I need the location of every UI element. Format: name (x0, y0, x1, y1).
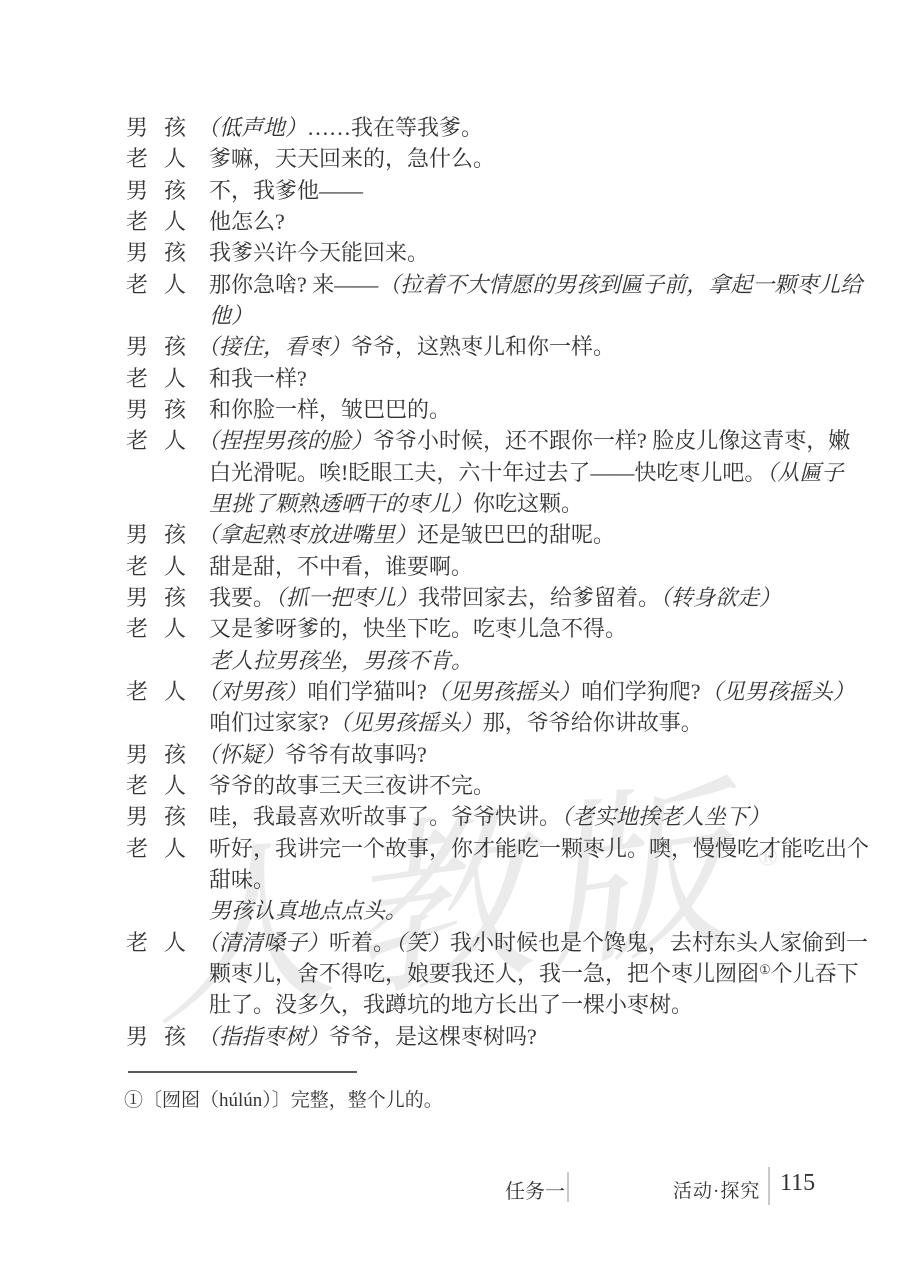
footnote-reference: ① (759, 962, 771, 977)
script-line: 老人（对男孩）咱们学猫叫?（见男孩摇头）咱们学狗爬?（见男孩摇头） (0, 676, 869, 707)
speaker-label: 老人 (126, 143, 186, 174)
dialogue-text: 不，我爹他—— (209, 175, 363, 206)
dialogue-text: （指指枣树）爷爷，是这棵枣树吗? (197, 1021, 537, 1052)
footnote-divider (128, 1071, 357, 1073)
speaker-label (126, 707, 186, 738)
script-line: 老人爷爷的故事三天三夜讲不完。 (0, 770, 869, 801)
speaker-label: 男孩 (126, 331, 186, 362)
speaker-label: 老人 (126, 206, 186, 237)
script-line: 男孩（低声地）……我在等我爹。 (0, 112, 869, 143)
footnote-text: ①〔囫囵（húlún）〕完整，整个儿的。 (124, 1088, 443, 1114)
dialogue-text: 和我一样? (209, 363, 307, 394)
speaker-label: 男孩 (126, 237, 186, 268)
script-block: 男孩（低声地）……我在等我爹。老人爹嘛，天天回来的，急什么。男孩不，我爹他——老… (0, 112, 869, 1052)
speaker-label (126, 958, 186, 989)
dialogue-text: 他） (209, 300, 253, 331)
page: 人教版 ® 男孩（低声地）……我在等我爹。老人爹嘛，天天回来的，急什么。男孩不，… (0, 0, 904, 1264)
speaker-label: 老人 (126, 676, 186, 707)
speaker-label: 老人 (126, 927, 186, 958)
speaker-label: 男孩 (126, 801, 186, 832)
script-line: 老人听好，我讲完一个故事，你才能吃一颗枣儿。噢，慢慢吃才能吃出个 (0, 833, 869, 864)
script-line: 老人（捏捏男孩的脸）爷爷小时候，还不跟你一样? 脸皮儿像这青枣，嫩 (0, 425, 869, 456)
script-line: 男孩我爹兴许今天能回来。 (0, 237, 869, 268)
dialogue-text: 肚了。没多久，我蹲坑的地方长出了一棵小枣树。 (209, 989, 693, 1020)
script-line: 男孩（拿起熟枣放进嘴里）还是皱巴巴的甜呢。 (0, 519, 869, 550)
speaker-label: 老人 (126, 833, 186, 864)
speaker-label (126, 488, 186, 519)
stage-direction-text: 老人拉男孩坐，男孩不肯。 (209, 645, 473, 676)
dialogue-text: 我爹兴许今天能回来。 (209, 237, 429, 268)
speaker-label: 男孩 (126, 394, 186, 425)
dialogue-text: 颗枣儿，舍不得吃，娘要我还人，我一急，把个枣儿囫囵①个儿吞下 (209, 958, 859, 989)
script-line: 他） (0, 300, 869, 331)
dialogue-text: （清清嗓子）听着。（笑）我小时候也是个馋鬼，去村东头人家偷到一 (197, 927, 868, 958)
script-line: 男孩我要。（抓一把枣儿）我带回家去，给爹留着。（转身欲走） (0, 582, 869, 613)
stage-direction-line: 老人拉男孩坐，男孩不肯。 (0, 645, 869, 676)
dialogue-text: 我要。（抓一把枣儿）我带回家去，给爹留着。（转身欲走） (209, 582, 781, 613)
script-line: 老人他怎么? (0, 206, 869, 237)
script-line: 男孩不，我爹他—— (0, 175, 869, 206)
footer-unit-label: 活动·探究 (673, 1176, 760, 1203)
dialogue-text: （低声地）……我在等我爹。 (197, 112, 483, 143)
speaker-label: 男孩 (126, 582, 186, 613)
speaker-label: 男孩 (126, 1021, 186, 1052)
dialogue-text: 咱们过家家?（见男孩摇头）那，爷爷给你讲故事。 (209, 707, 703, 738)
speaker-label: 老人 (126, 770, 186, 801)
dialogue-text: 里挑了颗熟透晒干的枣儿）你吃这颗。 (209, 488, 583, 519)
speaker-label: 男孩 (126, 112, 186, 143)
speaker-label: 老人 (126, 269, 186, 300)
dialogue-text: （对男孩）咱们学猫叫?（见男孩摇头）咱们学狗爬?（见男孩摇头） (197, 676, 855, 707)
script-line: 男孩哇，我最喜欢听故事了。爷爷快讲。（老实地挨老人坐下） (0, 801, 869, 832)
dialogue-text: （捏捏男孩的脸）爷爷小时候，还不跟你一样? 脸皮儿像这青枣，嫩 (197, 425, 850, 456)
script-line: 老人那你急啥? 来——（拉着不大情愿的男孩到匾子前，拿起一颗枣儿给 (0, 269, 869, 300)
dialogue-text: 甜味。 (209, 864, 275, 895)
dialogue-text: 又是爹呀爹的，快坐下吃。吃枣儿急不得。 (209, 613, 627, 644)
speaker-label: 老人 (126, 551, 186, 582)
dialogue-text: 爷爷的故事三天三夜讲不完。 (209, 770, 495, 801)
speaker-label (126, 300, 186, 331)
speaker-label (126, 457, 186, 488)
footer-divider-right (768, 1167, 770, 1205)
script-line: 老人又是爹呀爹的，快坐下吃。吃枣儿急不得。 (0, 613, 869, 644)
speaker-label: 男孩 (126, 519, 186, 550)
speaker-label (126, 864, 186, 895)
script-line: 肚了。没多久，我蹲坑的地方长出了一棵小枣树。 (0, 989, 869, 1020)
speaker-label: 老人 (126, 613, 186, 644)
script-line: 咱们过家家?（见男孩摇头）那，爷爷给你讲故事。 (0, 707, 869, 738)
script-line: 里挑了颗熟透晒干的枣儿）你吃这颗。 (0, 488, 869, 519)
footer-divider-left (567, 1172, 569, 1202)
dialogue-text: 和你脸一样，皱巴巴的。 (209, 394, 451, 425)
script-line: 男孩（怀疑）爷爷有故事吗? (0, 739, 869, 770)
script-line: 甜味。 (0, 864, 869, 895)
speaker-label: 老人 (126, 363, 186, 394)
script-line: 老人（清清嗓子）听着。（笑）我小时候也是个馋鬼，去村东头人家偷到一 (0, 927, 869, 958)
script-line: 老人爹嘛，天天回来的，急什么。 (0, 143, 869, 174)
speaker-label: 男孩 (126, 739, 186, 770)
script-line: 老人甜是甜，不中看，谁要啊。 (0, 551, 869, 582)
dialogue-text: 哇，我最喜欢听故事了。爷爷快讲。（老实地挨老人坐下） (209, 801, 770, 832)
script-line: 白光滑呢。唉!眨眼工夫，六十年过去了——快吃枣儿吧。（从匾子 (0, 457, 869, 488)
dialogue-text: 爹嘛，天天回来的，急什么。 (209, 143, 495, 174)
page-number: 115 (780, 1170, 815, 1197)
dialogue-text: 他怎么? (209, 206, 285, 237)
footer-task-label: 任务一 (505, 1175, 565, 1204)
script-line: 老人和我一样? (0, 363, 869, 394)
script-line: 男孩（接住，看枣）爷爷，这熟枣儿和你一样。 (0, 331, 869, 362)
dialogue-text: （接住，看枣）爷爷，这熟枣儿和你一样。 (197, 331, 615, 362)
dialogue-text: （拿起熟枣放进嘴里）还是皱巴巴的甜呢。 (197, 519, 615, 550)
speaker-label: 男孩 (126, 175, 186, 206)
dialogue-text: （怀疑）爷爷有故事吗? (197, 739, 427, 770)
dialogue-text: 甜是甜，不中看，谁要啊。 (209, 551, 473, 582)
script-line: 男孩（指指枣树）爷爷，是这棵枣树吗? (0, 1021, 869, 1052)
speaker-label (126, 645, 186, 676)
dialogue-text: 听好，我讲完一个故事，你才能吃一颗枣儿。噢，慢慢吃才能吃出个 (209, 833, 869, 864)
script-line: 男孩和你脸一样，皱巴巴的。 (0, 394, 869, 425)
stage-direction-line: 男孩认真地点点头。 (0, 895, 869, 926)
dialogue-text: 那你急啥? 来——（拉着不大情愿的男孩到匾子前，拿起一颗枣儿给 (209, 269, 862, 300)
stage-direction-text: 男孩认真地点点头。 (209, 895, 407, 926)
speaker-label: 老人 (126, 425, 186, 456)
script-line: 颗枣儿，舍不得吃，娘要我还人，我一急，把个枣儿囫囵①个儿吞下 (0, 958, 869, 989)
speaker-label (126, 895, 186, 926)
dialogue-text: 白光滑呢。唉!眨眼工夫，六十年过去了——快吃枣儿吧。（从匾子 (209, 457, 843, 488)
speaker-label (126, 989, 186, 1020)
